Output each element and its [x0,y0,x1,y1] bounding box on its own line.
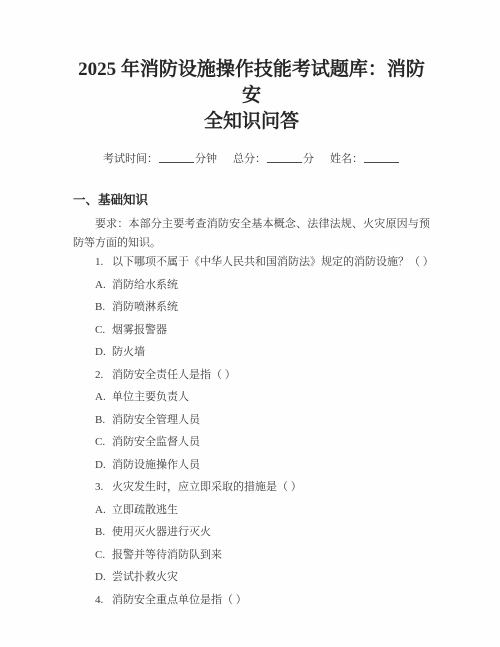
question-2-number: 2. [95,366,107,385]
option-label: C. [95,546,107,565]
question-2-option-d: D.消防设施操作人员 [73,456,430,475]
exam-document-page: 2025 年消防设施操作技能考试题库：消防安全知识问答 考试时间：分钟总分：分姓… [0,0,500,647]
question-1-option-c: C.烟雾报警器 [73,321,430,340]
requirement-paragraph: 要求：本部分主要考查消防安全基本概念、法律法规、火灾原因与预防等方面的知识。 [73,215,430,253]
total-score-blank-line [267,151,302,163]
question-3: 3.火灾发生时，应立即采取的措施是（ ） [73,478,430,497]
option-text: 消防给水系统 [112,279,178,291]
option-label: D. [95,456,107,475]
question-2: 2.消防安全责任人是指（ ） [73,366,430,385]
exam-info-line: 考试时间：分钟总分：分姓名： [73,151,430,166]
question-list: 1.以下哪项不属于《中华人民共和国消防法》规定的消防设施？（ ） A.消防给水系… [73,253,430,610]
option-text: 防火墙 [112,346,145,358]
question-4-number: 4. [95,591,107,610]
question-2-option-a: A.单位主要负责人 [73,388,430,407]
option-label: A. [95,276,107,295]
option-text: 烟雾报警器 [112,324,167,336]
total-score-label: 总分： [233,153,266,165]
option-text: 立即疏散逃生 [112,504,178,516]
question-2-text: 消防安全责任人是指（ ） [112,369,236,381]
question-3-option-c: C.报警并等待消防队到来 [73,546,430,565]
question-1-text: 以下哪项不属于《中华人民共和国消防法》规定的消防设施？（ ） [112,256,434,268]
option-label: B. [95,523,107,542]
option-text: 消防设施操作人员 [112,459,200,471]
name-blank-line [364,151,399,163]
option-text: 消防安全管理人员 [112,414,200,426]
page-title-line-2: 全知识问答 [204,111,299,132]
option-label: A. [95,501,107,520]
question-2-option-c: C.消防安全监督人员 [73,433,430,452]
exam-time-label: 考试时间： [103,153,158,165]
question-4-text: 消防安全重点单位是指（ ） [112,594,247,606]
total-score-field: 总分：分 [233,153,314,165]
question-3-text: 火灾发生时，应立即采取的措施是（ ） [112,481,302,493]
page-title-line-1: 2025 年消防设施操作技能考试题库：消防安 [78,59,425,106]
question-2-option-b: B.消防安全管理人员 [73,411,430,430]
question-1-option-b: B.消防喷淋系统 [73,298,430,317]
question-1: 1.以下哪项不属于《中华人民共和国消防法》规定的消防设施？（ ） [73,253,430,272]
option-text: 报警并等待消防队到来 [112,549,222,561]
question-1-option-d: D.防火墙 [73,343,430,362]
question-3-option-d: D.尝试扑救火灾 [73,568,430,587]
option-label: B. [95,298,107,317]
option-text: 消防喷淋系统 [112,301,178,313]
option-label: C. [95,433,107,452]
question-3-option-a: A.立即疏散逃生 [73,501,430,520]
option-label: C. [95,321,107,340]
name-field: 姓名： [330,153,400,165]
option-label: B. [95,411,107,430]
section-heading: 一、基础知识 [73,192,430,209]
exam-time-field: 考试时间：分钟 [103,153,217,165]
option-text: 使用灭火器进行灭火 [112,526,211,538]
option-text: 单位主要负责人 [112,391,189,403]
page-title: 2025 年消防设施操作技能考试题库：消防安全知识问答 [73,57,430,135]
question-1-option-a: A.消防给水系统 [73,276,430,295]
option-text: 消防安全监督人员 [112,436,200,448]
option-text: 尝试扑救火灾 [112,571,178,583]
exam-time-suffix: 分钟 [195,153,217,165]
option-label: D. [95,568,107,587]
option-label: A. [95,388,107,407]
total-score-suffix: 分 [303,153,314,165]
question-1-number: 1. [95,253,107,272]
option-label: D. [95,343,107,362]
name-label: 姓名： [330,153,363,165]
question-3-option-b: B.使用灭火器进行灭火 [73,523,430,542]
exam-time-blank-line [159,151,194,163]
question-3-number: 3. [95,478,107,497]
question-4: 4.消防安全重点单位是指（ ） [73,591,430,610]
